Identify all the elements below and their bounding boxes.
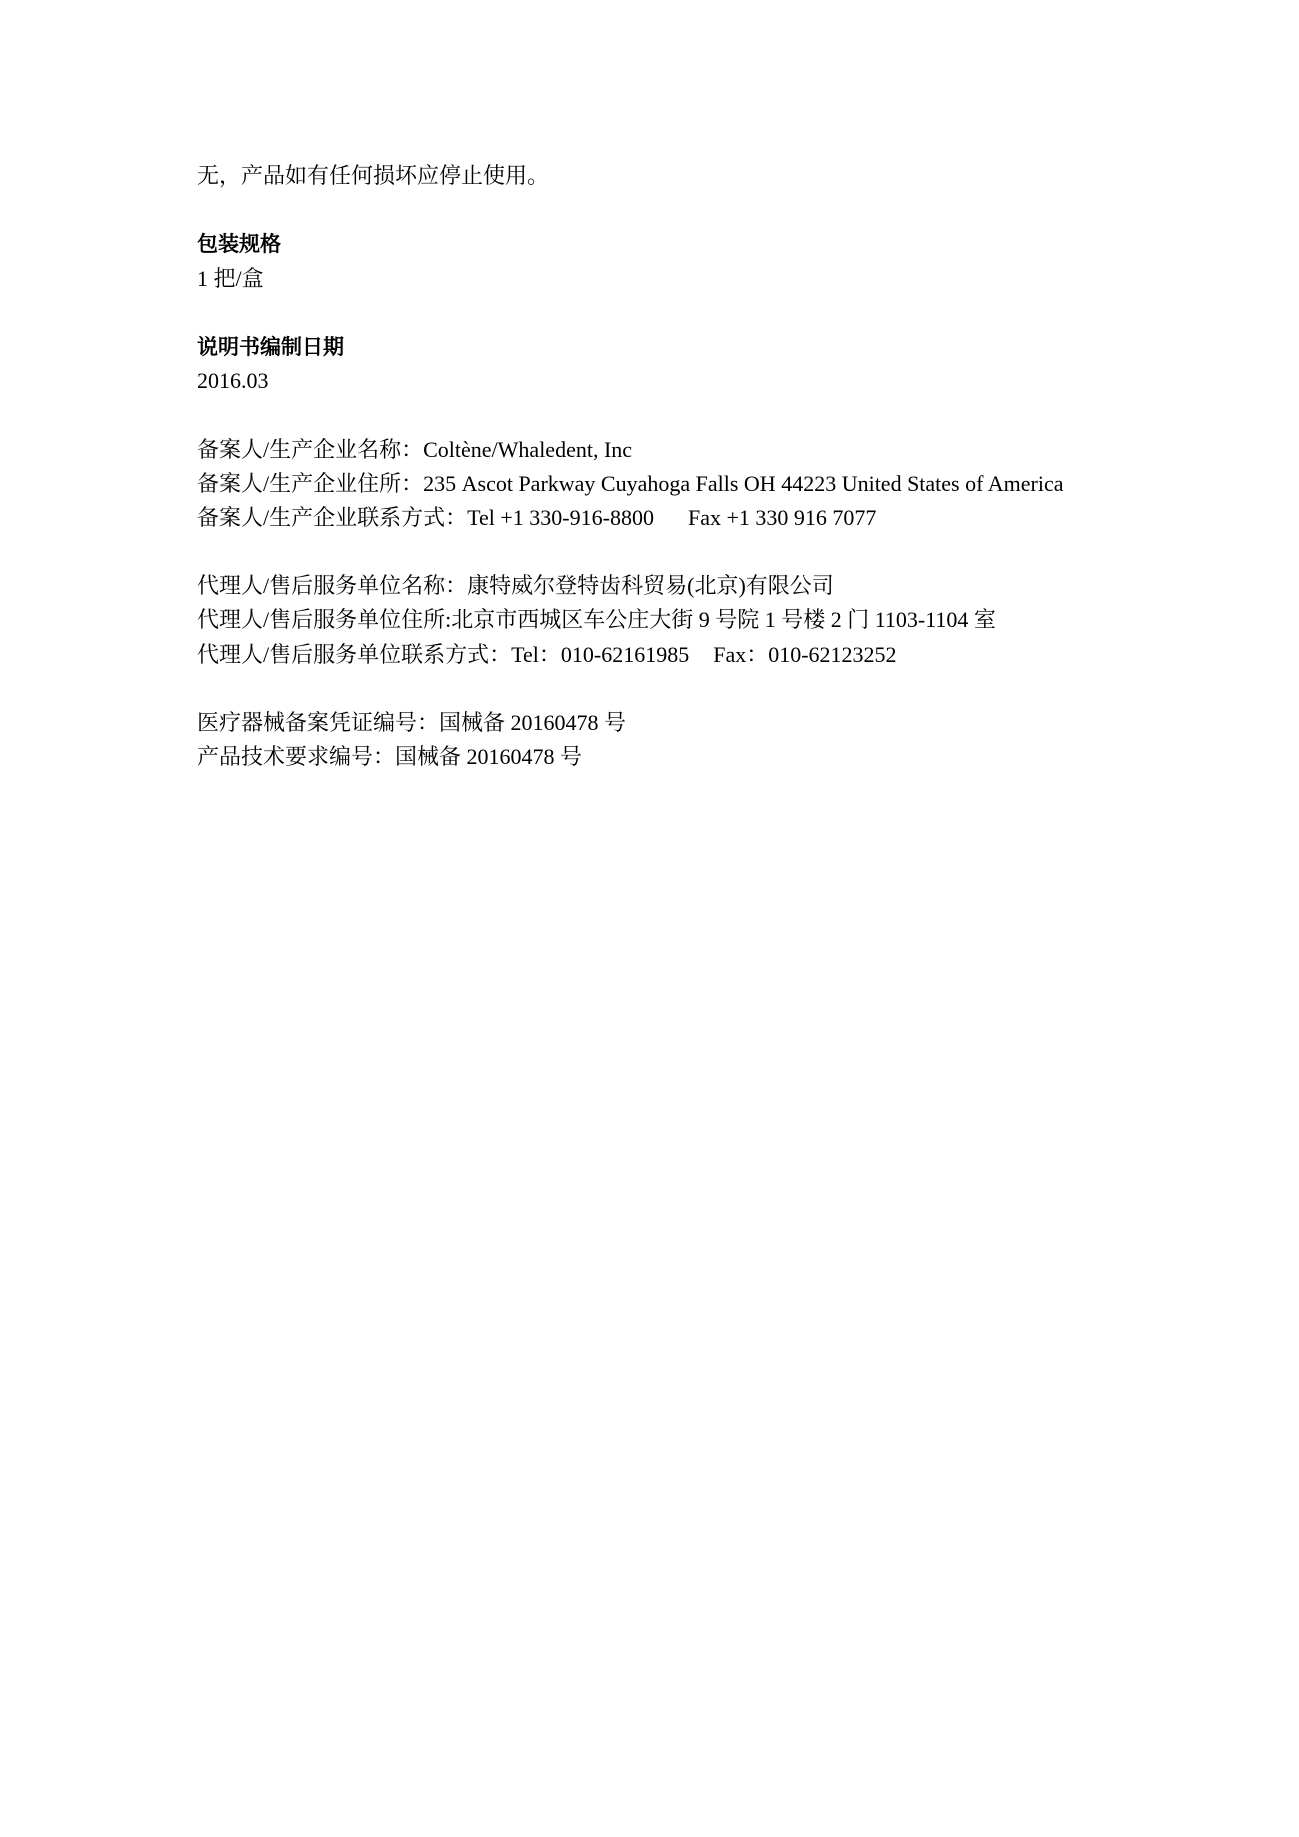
agent-name-value: 康特威尔登特齿科贸易(北京)有限公司 xyxy=(467,573,834,598)
manufacturer-fax: Fax +1 330 916 7077 xyxy=(688,505,876,530)
agent-address-line: 代理人/售后服务单位住所:北京市西城区车公庄大街 9 号院 1 号楼 2 门 1… xyxy=(197,603,1197,637)
packaging-heading: 包装规格 xyxy=(197,227,1197,261)
manufacturer-name-label: 备案人/生产企业名称： xyxy=(197,437,423,462)
agent-address-value: 北京市西城区车公庄大街 9 号院 1 号楼 2 门 1103-1104 室 xyxy=(451,607,996,632)
spacer xyxy=(197,398,1197,432)
manufacturer-address-line: 备案人/生产企业住所：235 Ascot Parkway Cuyahoga Fa… xyxy=(197,467,1197,501)
manufacturer-name-line: 备案人/生产企业名称：Coltène/Whaledent, Inc xyxy=(197,433,1197,467)
agent-name-line: 代理人/售后服务单位名称：康特威尔登特齿科贸易(北京)有限公司 xyxy=(197,569,1197,603)
compile-date-value: 2016.03 xyxy=(197,364,1197,398)
manufacturer-address-label: 备案人/生产企业住所： xyxy=(197,471,423,496)
manufacturer-contact-label: 备案人/生产企业联系方式： xyxy=(197,505,467,530)
filing-cert-line: 医疗器械备案凭证编号：国械备 20160478 号 xyxy=(197,706,1197,740)
tech-req-line: 产品技术要求编号：国械备 20160478 号 xyxy=(197,740,1197,774)
tech-req-value: 国械备 20160478 号 xyxy=(395,744,582,769)
manufacturer-contact-line: 备案人/生产企业联系方式：Tel +1 330-916-8800Fax +1 3… xyxy=(197,501,1197,535)
agent-tel: Tel：010-62161985 xyxy=(511,642,689,667)
manufacturer-name-value: Coltène/Whaledent, Inc xyxy=(423,437,632,462)
document-page: 无，产品如有任何损坏应停止使用。 包装规格 1 把/盒 说明书编制日期 2016… xyxy=(197,159,1197,774)
agent-fax: Fax：010-62123252 xyxy=(713,642,896,667)
filing-cert-value: 国械备 20160478 号 xyxy=(439,710,626,735)
tech-req-label: 产品技术要求编号： xyxy=(197,744,395,769)
agent-contact-label: 代理人/售后服务单位联系方式： xyxy=(197,642,511,667)
agent-contact-line: 代理人/售后服务单位联系方式：Tel：010-62161985Fax：010-6… xyxy=(197,638,1197,672)
spacer xyxy=(197,535,1197,569)
manufacturer-address-value: 235 Ascot Parkway Cuyahoga Falls OH 4422… xyxy=(423,471,1063,496)
spacer xyxy=(197,296,1197,330)
packaging-value: 1 把/盒 xyxy=(197,262,1197,296)
agent-address-label: 代理人/售后服务单位住所: xyxy=(197,607,451,632)
spacer xyxy=(197,672,1197,706)
manufacturer-tel: Tel +1 330-916-8800 xyxy=(467,505,654,530)
filing-cert-label: 医疗器械备案凭证编号： xyxy=(197,710,439,735)
compile-date-heading: 说明书编制日期 xyxy=(197,330,1197,364)
spacer xyxy=(197,193,1197,227)
agent-name-label: 代理人/售后服务单位名称： xyxy=(197,573,467,598)
warning-line: 无，产品如有任何损坏应停止使用。 xyxy=(197,159,1197,193)
